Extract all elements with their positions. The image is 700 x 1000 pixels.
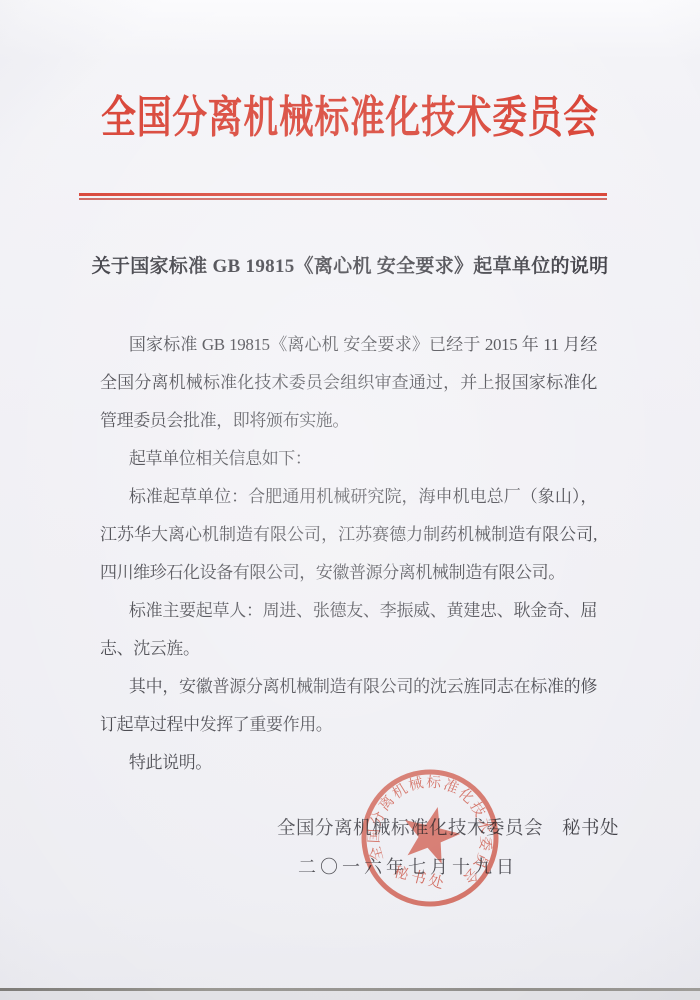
official-red-seal: 全国分离机械标准化技术委员会 秘书处	[348, 756, 512, 920]
letter-body: 国家标准 GB 19815《离心机 安全要求》已经于 2015 年 11 月经全…	[100, 326, 597, 782]
letter-subject-line: 关于国家标准 GB 19815《离心机 安全要求》起草单位的说明	[0, 251, 700, 278]
paragraph-drafting-units: 标准起草单位：合肥通用机械研究院，海申机电总厂（象山），江苏华大离心机制造有限公…	[100, 478, 597, 592]
letterhead-org-name: 全国分离机械标准化技术委员会	[74, 94, 627, 142]
scan-background-below-page	[0, 991, 700, 1000]
paragraph-special-mention: 其中，安徽普源分离机械制造有限公司的沈云旌同志在标准的修订起草过程中发挥了重要作…	[100, 668, 597, 744]
paragraph-main-drafters: 标准主要起草人：周进、张德友、李振威、黄建忠、耿金奇、屈志、沈云旌。	[100, 592, 597, 668]
letterhead-rule-top	[79, 193, 607, 196]
letterhead-rule-bottom	[79, 198, 607, 200]
scanned-letter-page: 全国分离机械标准化技术委员会 关于国家标准 GB 19815《离心机 安全要求》…	[0, 0, 700, 1000]
seal-center-text: 秘书处	[392, 863, 449, 894]
letterhead-divider	[79, 193, 607, 200]
seal-star-icon	[397, 800, 465, 866]
paragraph-approval-status: 国家标准 GB 19815《离心机 安全要求》已经于 2015 年 11 月经全…	[100, 326, 597, 440]
paragraph-info-intro: 起草单位相关信息如下：	[100, 440, 597, 478]
